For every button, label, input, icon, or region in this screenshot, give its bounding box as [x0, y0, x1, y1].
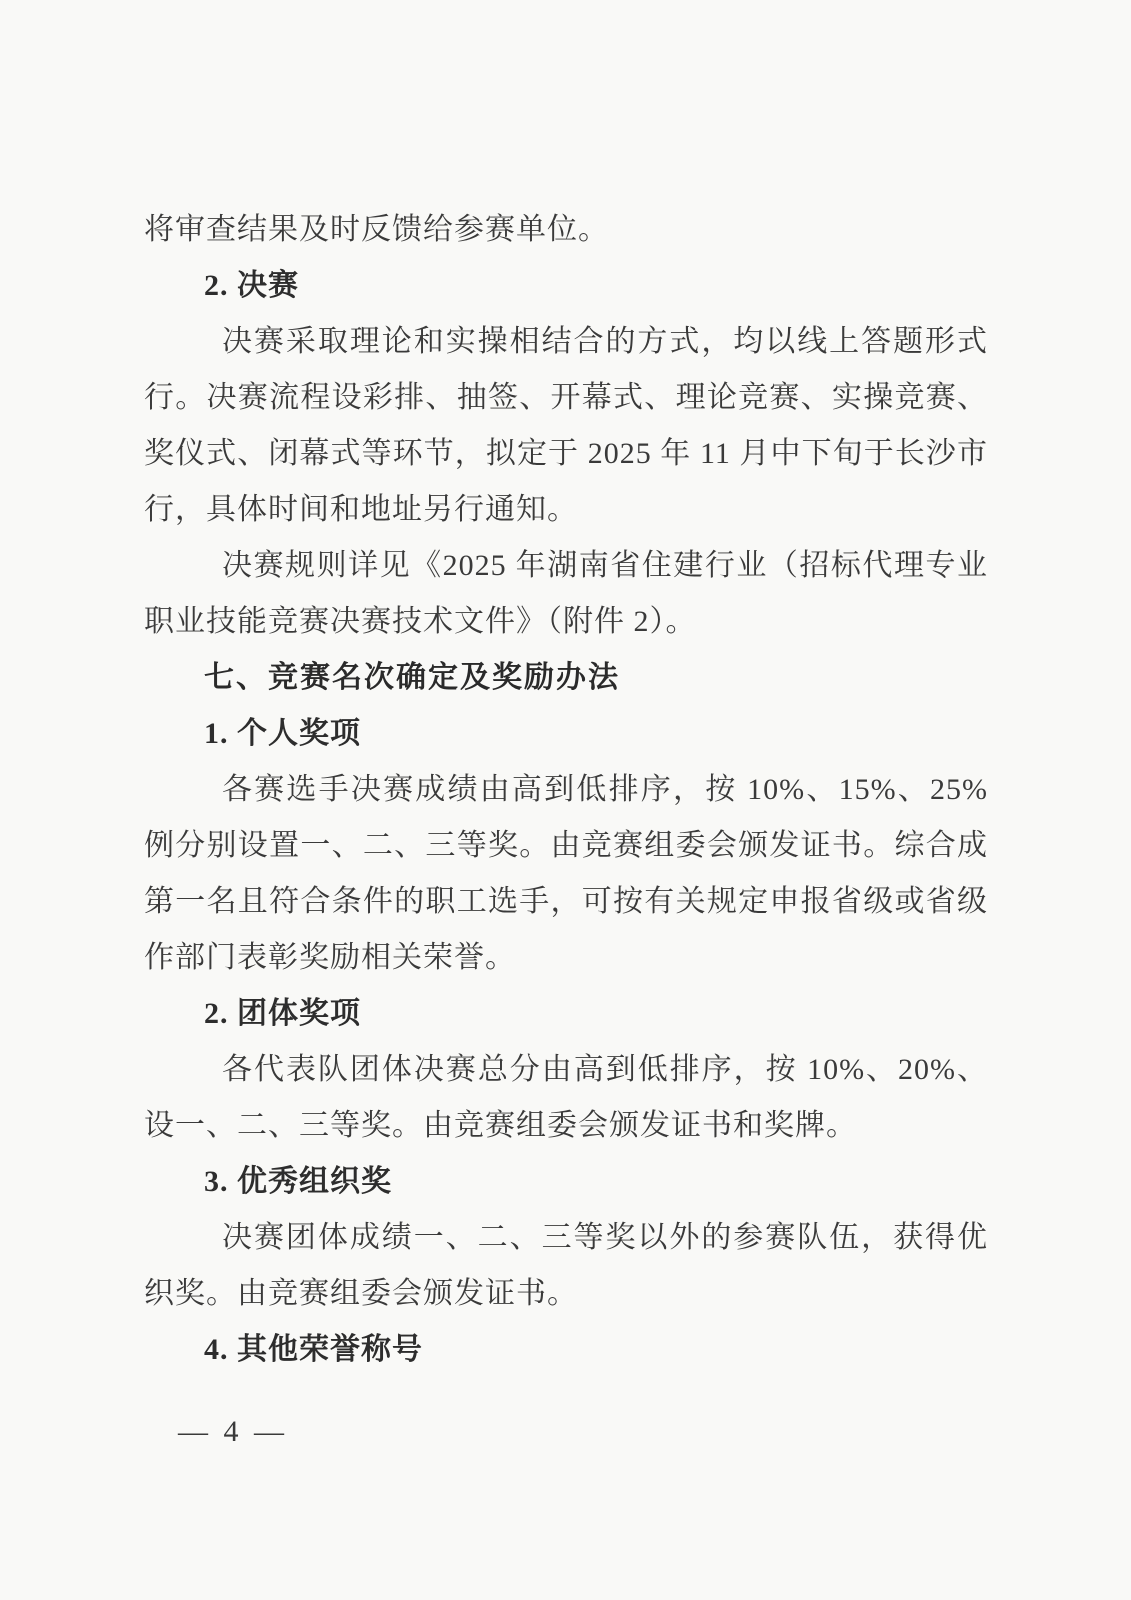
text-line: 将审查结果及时反馈给参赛单位。: [144, 202, 988, 258]
text-line: 作部门表彰奖励相关荣誉。: [144, 930, 988, 986]
text-line: 奖仪式、闭幕式等环节，拟定于 2025 年 11 月中下旬于长沙市举: [144, 426, 988, 482]
text-line: 职业技能竞赛决赛技术文件》（附件 2）。: [144, 594, 988, 650]
text-line: 织奖。由竞赛组委会颁发证书。: [144, 1266, 988, 1322]
text-line: 第一名且符合条件的职工选手，可按有关规定申报省级或省级工: [144, 874, 988, 930]
heading-line: 3. 优秀组织奖: [144, 1154, 988, 1210]
document-page: 将审查结果及时反馈给参赛单位。2. 决赛决赛采取理论和实操相结合的方式，均以线上…: [0, 0, 1131, 1600]
text-line: 决赛规则详见《2025 年湖南省住建行业（招标代理专业人员）: [144, 538, 988, 594]
text-line: 设一、二、三等奖。由竞赛组委会颁发证书和奖牌。: [144, 1098, 988, 1154]
text-line: 决赛采取理论和实操相结合的方式，均以线上答题形式进: [144, 314, 988, 370]
text-line: 例分别设置一、二、三等奖。由竞赛组委会颁发证书。综合成绩: [144, 818, 988, 874]
text-line: 各赛选手决赛成绩由高到低排序，按 10%、15%、25%的比: [144, 762, 988, 818]
text-line: 行，具体时间和地址另行通知。: [144, 482, 988, 538]
heading-line: 4. 其他荣誉称号: [144, 1322, 988, 1378]
heading-line: 七、竞赛名次确定及奖励办法: [144, 650, 988, 706]
text-line: 决赛团体成绩一、二、三等奖以外的参赛队伍，获得优秀组: [144, 1210, 988, 1266]
heading-line: 2. 决赛: [144, 258, 988, 314]
heading-line: 2. 团体奖项: [144, 986, 988, 1042]
heading-line: 1. 个人奖项: [144, 706, 988, 762]
document-text-block: 将审查结果及时反馈给参赛单位。2. 决赛决赛采取理论和实操相结合的方式，均以线上…: [144, 202, 988, 1378]
page-number: — 4 —: [178, 1414, 288, 1450]
text-line: 行。决赛流程设彩排、抽签、开幕式、理论竞赛、实操竞赛、颁: [144, 370, 988, 426]
text-line: 各代表队团体决赛总分由高到低排序，按 10%、20%、30%: [144, 1042, 988, 1098]
